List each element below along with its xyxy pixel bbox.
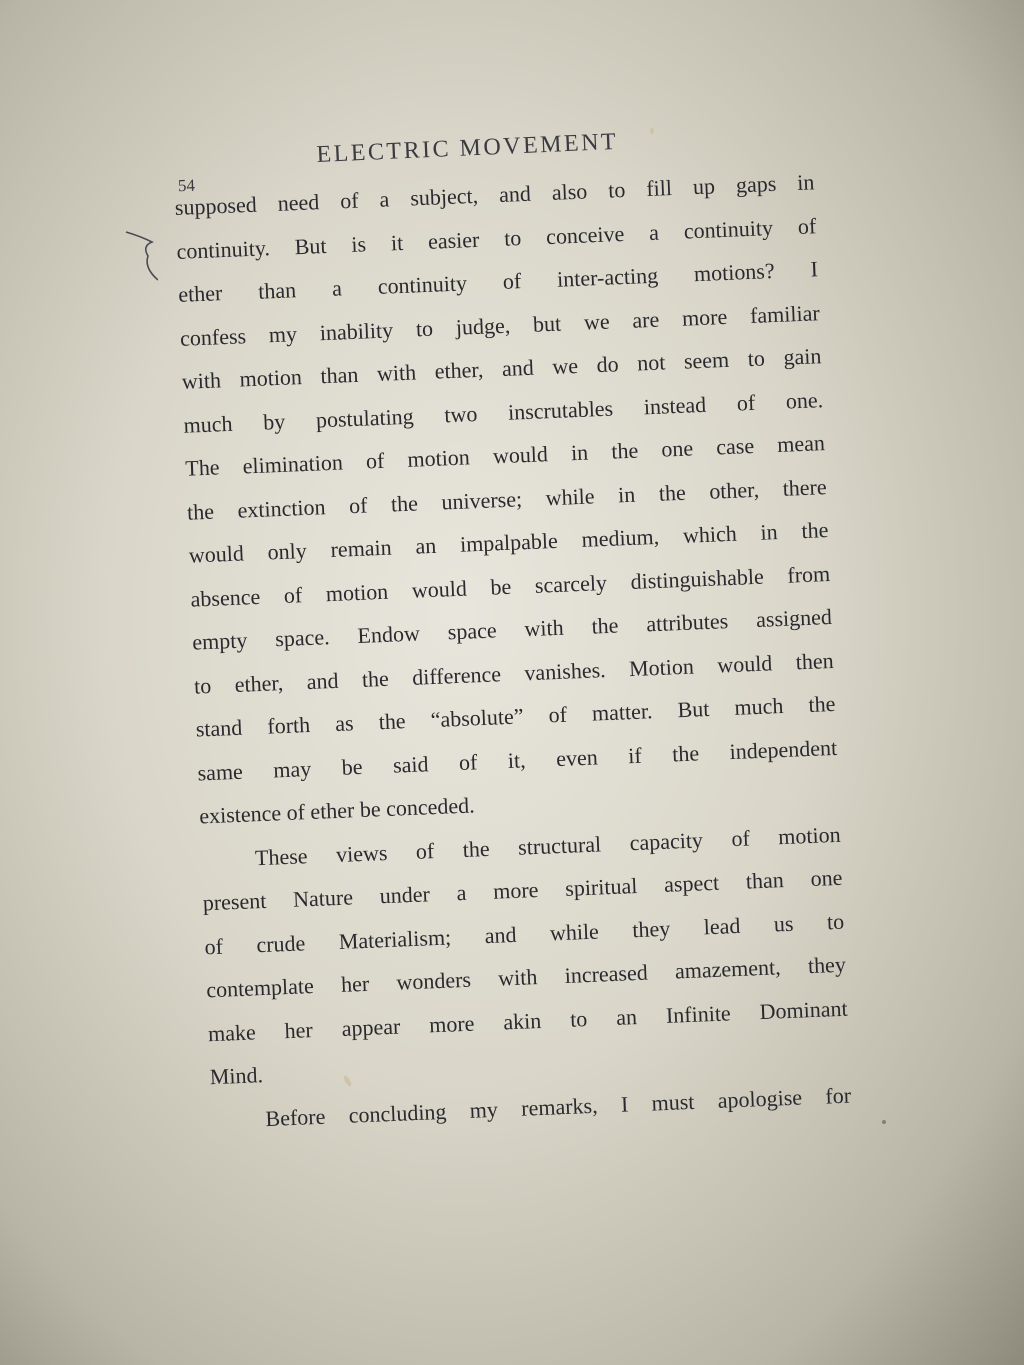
paragraph-2: These views of the structural capacity o… [200, 811, 870, 1098]
paper-stain [882, 1120, 886, 1124]
paragraph-1: supposed need of a subject, and also to … [174, 160, 860, 838]
running-head: ELECTRIC MOVEMENT [316, 129, 619, 169]
margin-bracket-icon [118, 222, 158, 282]
body-text: supposed need of a subject, and also to … [174, 160, 872, 1143]
paper-stain [650, 128, 654, 134]
book-page: 54 ELECTRIC MOVEMENT supposed need of a … [0, 0, 1024, 1365]
